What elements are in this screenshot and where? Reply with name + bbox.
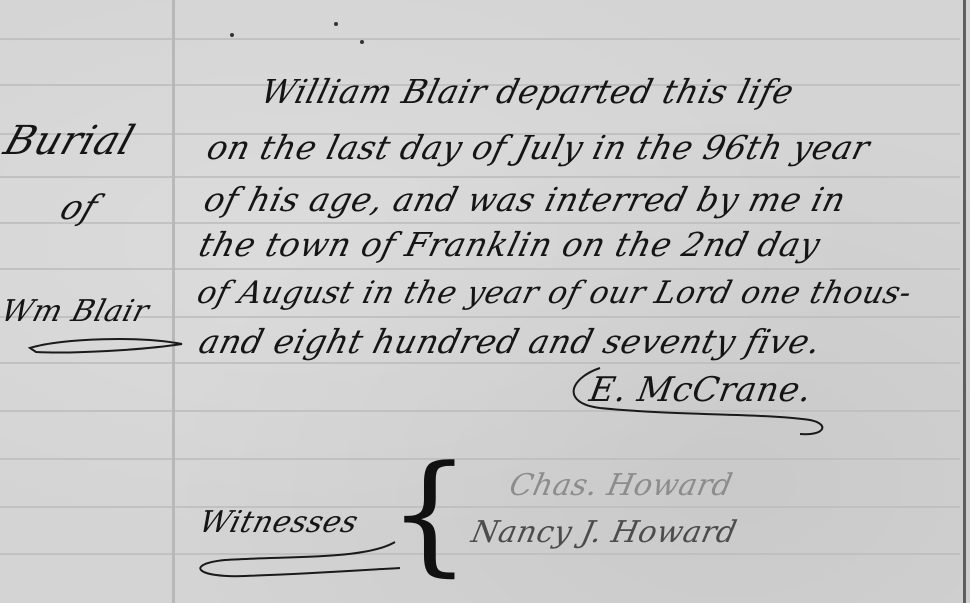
margin-rule bbox=[172, 0, 175, 603]
ruled-line bbox=[0, 222, 960, 224]
entry-line-1: William Blair departed this life bbox=[257, 72, 798, 111]
ruled-line bbox=[0, 362, 960, 364]
ruled-line bbox=[0, 553, 960, 555]
entry-line-2: on the last day of July in the 96th year bbox=[203, 128, 874, 167]
officiant-signature: E. McCrane. bbox=[586, 370, 814, 410]
ruled-line bbox=[0, 410, 960, 412]
register-page: Burial of Wm Blair William Blair departe… bbox=[0, 0, 970, 603]
margin-heading: Burial bbox=[0, 118, 140, 164]
margin-name-underline bbox=[22, 330, 192, 360]
witness-name-2: Nancy J. Howard bbox=[468, 515, 740, 550]
ruled-line bbox=[0, 506, 960, 508]
entry-line-6: and eight hundred and seventy five. bbox=[195, 322, 825, 361]
ink-speck bbox=[230, 33, 234, 37]
ink-speck bbox=[360, 40, 364, 44]
witnesses-brace: { bbox=[388, 448, 471, 578]
ruled-line bbox=[0, 38, 960, 40]
witnesses-label: Witnesses bbox=[195, 505, 362, 540]
witnesses-underline bbox=[185, 538, 415, 588]
ink-speck bbox=[334, 22, 338, 26]
witness-name-1: Chas. Howard bbox=[506, 468, 735, 503]
page-edge-rule bbox=[963, 0, 966, 603]
margin-name: Wm Blair bbox=[0, 294, 153, 329]
ruled-line bbox=[0, 268, 960, 270]
entry-line-5: of August in the year of our Lord one th… bbox=[194, 275, 916, 311]
ruled-line bbox=[0, 458, 960, 460]
ruled-line bbox=[0, 176, 960, 178]
entry-line-3: of his age, and was interred by me in bbox=[200, 180, 850, 219]
entry-line-4: the town of Franklin on the 2nd day bbox=[195, 225, 824, 264]
